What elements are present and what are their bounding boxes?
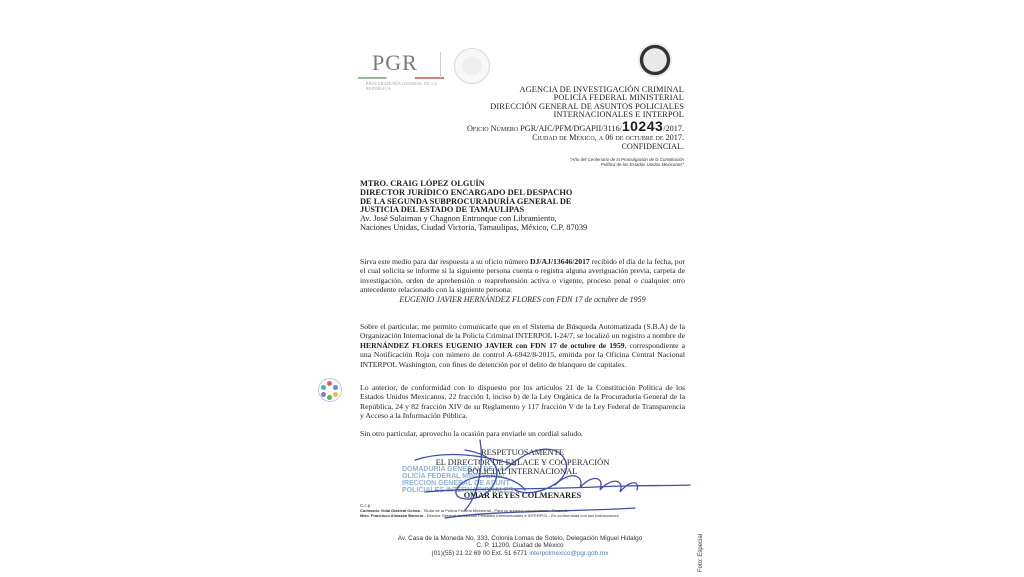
footer-contact: (01)(55) 21 22 69 00 Ext. 51 6771 interp… [340,550,700,557]
ccp-block: C.c.p. Comisario Vidal Diazleal Ochoa.- … [360,503,620,518]
footer-line: C. P. 11200, Ciudad de México [340,542,700,549]
motto-line: Política de los Estados Unidos Mexicanos… [570,162,684,167]
ccp-text: .- Director General de Asuntos Policiale… [423,513,620,518]
oficio-number: 10243 [622,118,663,134]
person-line: EUGENIO JAVIER HERNÁNDEZ FLORES con FDN … [360,295,685,304]
tricolor-rule [358,77,444,79]
year-motto: "Año del Centenario de la Promulgación d… [570,157,684,167]
pgr-logo: PGR PROCURADURÍA GENERAL DE LA REPÚBLICA [358,50,448,86]
aic-seal-icon: • • • [638,43,672,77]
person-name: EUGENIO JAVIER HERNÁNDEZ FLORES [399,295,541,304]
oficio-block: Oficio Número PGR/AIC/PFM/DGAPII/3116/10… [467,122,684,151]
footer-phone: (01)(55) 21 22 69 00 Ext. 51 6771 [431,550,529,557]
paragraph-legal-basis: Lo anterior, de conformidad con lo dispu… [360,383,685,421]
reference-number: DJ/AJ/13646/2017 [530,257,590,266]
addressee-block: MTRO. CRAIG LÓPEZ OLGUÍN DIRECTOR JURÍDI… [360,180,587,233]
ccp-line: Mtro. Francisco Almazán Barocio.- Direct… [360,513,620,518]
pgr-logo-text: PGR [372,50,418,76]
paragraph-request: Sirva este medio para dar respuesta a su… [360,257,685,295]
oficio-suffix: /2017. [663,124,684,133]
interpol-emblem-icon [318,378,342,402]
footer-line: Av. Casa de la Moneda No. 333, Colonia L… [340,535,700,542]
pgr-logo-subtitle: PROCURADURÍA GENERAL DE LA REPÚBLICA [366,81,448,91]
footer-email-link[interactable]: interpolmexico@pgr.gob.mx [529,550,608,557]
photo-credit: Foto: Especial [684,538,724,568]
finding-highlight: HERNÁNDEZ FLORES EUGENIO JAVIER con FDN … [360,341,625,350]
logo-divider [440,52,441,78]
oficio-prefix: Oficio Número PGR/AIC/PFM/DGAPII/3116/ [467,124,622,133]
person-dob: con FDN 17 de octubre de 1959 [541,295,646,304]
footer-address: Av. Casa de la Moneda No. 333, Colonia L… [340,535,700,557]
classification: CONFIDENCIAL. [467,143,684,152]
addressee-address: Naciones Unidas, Ciudad Victoria, Tamaul… [360,224,587,233]
text: Sobre el particular, me permito comunica… [360,322,685,340]
ccp-recipient: Mtro. Francisco Almazán Barocio [360,513,423,518]
agency-heading: AGENCIA DE INVESTIGACIÓN CRIMINAL POLICÍ… [490,86,684,120]
text: Sirva este medio para dar respuesta a su… [360,257,530,266]
mexico-coat-of-arms-icon [454,48,490,84]
paragraph-finding: Sobre el particular, me permito comunica… [360,322,685,369]
photo-credit-text: Foto: Especial [698,534,704,572]
